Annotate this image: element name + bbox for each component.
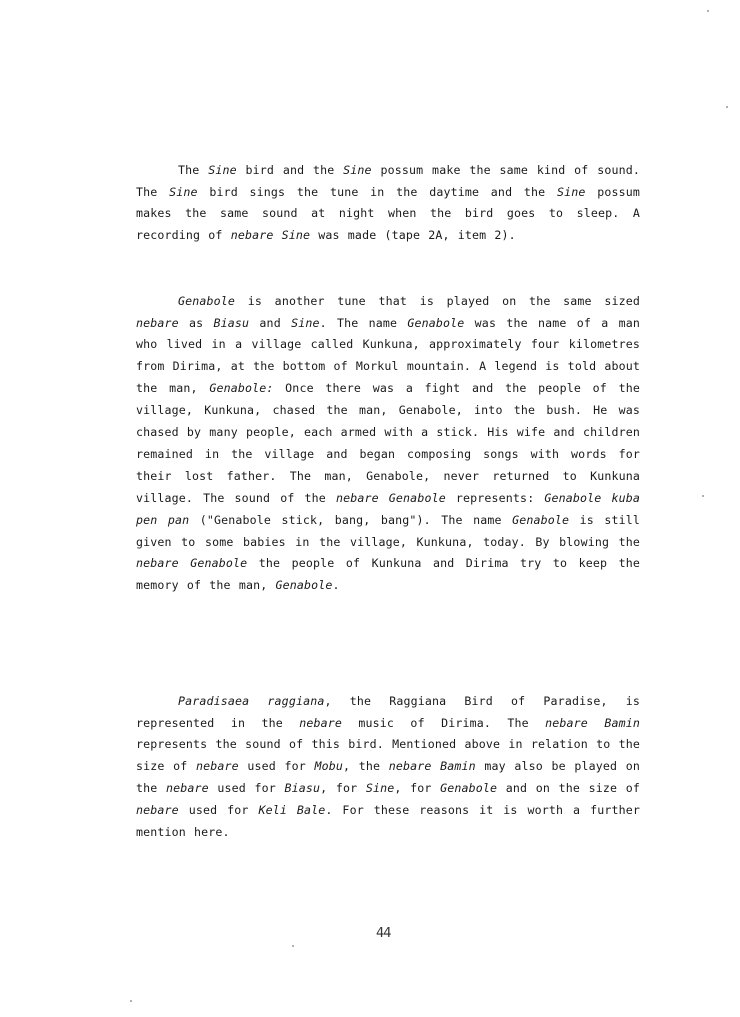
italic-term: Mobu [314,759,343,773]
text-run: music of Dirima. The [342,716,545,730]
page-number: 44 [376,926,391,941]
text-run [179,556,190,570]
scan-speck [702,495,704,497]
italic-term: nebare [231,228,274,242]
italic-term: Sine [366,781,395,795]
text-run: as [179,316,214,330]
scan-speck [726,106,728,108]
italic-term: Keli Bale [258,803,325,817]
text-run: , for [320,781,366,795]
text-run: bird sings the tune in the daytime and t… [198,185,557,199]
text-run: represents: [446,491,545,505]
italic-term: Genabole [275,578,332,592]
text-run: used for [209,781,285,795]
italic-term: Sine [343,163,372,177]
text-run: The [178,163,208,177]
italic-term: Paradisaea raggiana [178,694,324,708]
text-run: . The name [320,316,408,330]
scan-speck [292,945,294,947]
italic-term: Genabole [190,556,247,570]
text-run: , the [343,759,389,773]
text-run [379,491,389,505]
italic-term: Biasu [214,316,250,330]
italic-term: Sine [169,185,198,199]
text-run: . [333,578,340,592]
italic-term: Sine [282,228,311,242]
italic-term: nebare [389,759,432,773]
text-run: , for [394,781,440,795]
italic-term: Genabole [440,781,497,795]
italic-term: Genabole [407,316,464,330]
italic-term: nebare [299,716,342,730]
text-run: used for [239,759,315,773]
text-run: was made (tape 2A, item 2). [310,228,516,242]
italic-term: Sine [291,316,320,330]
italic-term: Bamin [440,759,476,773]
text-run [432,759,441,773]
text-run: Once there was a fight and the people of… [136,381,640,505]
document-page: The Sine bird and the Sine possum make t… [0,0,740,1017]
italic-term: nebare [136,556,179,570]
italic-term: Genabole [389,491,446,505]
italic-term: nebare [136,803,179,817]
text-run: ("Genabole stick, bang, bang"). The name [189,513,512,527]
italic-term: Sine [208,163,237,177]
text-run [588,716,604,730]
text-run: and on the size of [497,781,640,795]
scan-speck [130,1000,132,1002]
paragraph-bamin: Paradisaea raggiana, the Raggiana Bird o… [136,691,640,844]
text-run: and [249,316,291,330]
italic-term: Genabole [512,513,569,527]
italic-term: Sine [557,185,586,199]
italic-term: nebare [166,781,209,795]
text-run: used for [179,803,259,817]
scan-speck [707,10,709,12]
italic-term: Bamin [604,716,640,730]
italic-term: nebare [136,316,179,330]
italic-term: nebare [196,759,239,773]
italic-term: nebare [336,491,379,505]
paragraph-sine: The Sine bird and the Sine possum make t… [136,160,640,248]
text-run: is another tune that is played on the sa… [235,294,640,308]
text-run [273,228,281,242]
italic-term: Biasu [285,781,321,795]
italic-term: Genabole: [209,381,273,395]
paragraph-genabole: Genabole is another tune that is played … [136,291,640,598]
text-run: bird and the [237,163,343,177]
italic-term: nebare [545,716,588,730]
italic-term: Genabole [178,294,235,308]
